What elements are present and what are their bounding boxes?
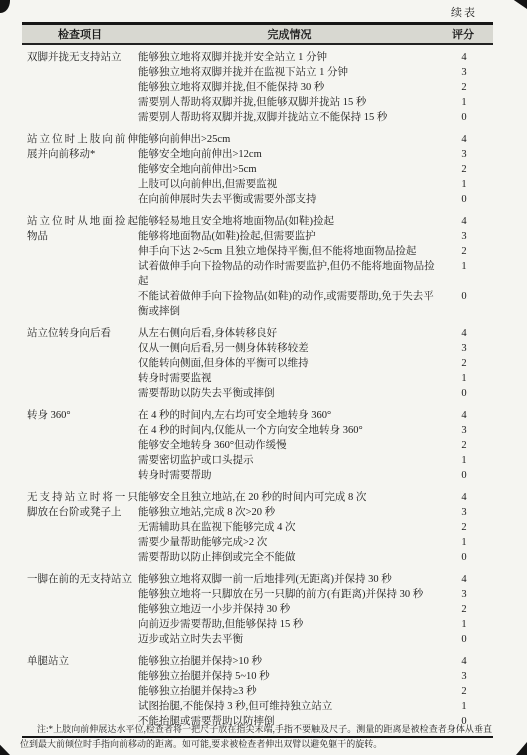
criterion-score: 4 — [449, 326, 479, 341]
criterion-row: 转身时需要帮助 0 — [138, 468, 493, 483]
item-rows: 在 4 秒的时间内,左右均可安全地转身 360° 4 在 4 秒的时间内,仅能从… — [138, 408, 493, 483]
criterion-description: 需要帮助以防失去平衡或摔倒 — [138, 386, 449, 401]
criterion-row: 能够安全地向前伸出>5cm 2 — [138, 162, 493, 177]
criterion-score: 0 — [449, 632, 479, 647]
criterion-description: 在向前伸展时失去平衡或需要外部支持 — [138, 192, 449, 207]
criterion-description: 向前迈步需要帮助,但能够保持 15 秒 — [138, 617, 449, 632]
item-name-line: 单腿站立 — [27, 654, 138, 669]
criterion-row: 转身时需要监视 1 — [138, 371, 493, 386]
balance-assessment-table: 检查项目 完成情况 评分 双脚并拢无支持站立 能够独立地将双脚并拢并安全站立 1… — [22, 22, 493, 738]
criterion-description: 伸手向下达 2~5cm 且独立地保持平衡,但不能将地面物品捡起 — [138, 244, 449, 259]
criterion-description: 需要帮助以防止摔倒或完全不能做 — [138, 550, 449, 565]
criterion-score: 3 — [449, 423, 479, 438]
criterion-row: 上肢可以向前伸出,但需要监视 1 — [138, 177, 493, 192]
criterion-score: 0 — [449, 550, 479, 565]
item-name-line: 站立位时从地面捡起 — [27, 214, 138, 229]
criterion-description: 需要别人帮助将双脚并拢,但能够双脚并拢站 15 秒 — [138, 95, 449, 110]
criterion-description: 需要密切监护或口头提示 — [138, 453, 449, 468]
scan-corner-mark-bottom-left — [0, 743, 10, 755]
criterion-row: 能够独立地将双脚一前一后地排列(无距离)并保持 30 秒 4 — [138, 572, 493, 587]
item-name: 双脚并拢无支持站立 — [22, 50, 138, 125]
criterion-description: 能够独立地将双脚并拢,但不能保持 30 秒 — [138, 80, 449, 95]
item-rows: 能够向前伸出>25cm 4 能够安全地向前伸出>12cm 3 能够安全地向前伸出… — [138, 132, 493, 207]
criterion-row: 能够将地面物品(如鞋)捡起,但需要监护 3 — [138, 229, 493, 244]
criterion-score: 0 — [449, 386, 479, 401]
criterion-row: 能够安全地转身 360°但动作缓慢 2 — [138, 438, 493, 453]
criterion-row: 在 4 秒的时间内,仅能从一个方向安全地转身 360° 3 — [138, 423, 493, 438]
criterion-description: 不能试着做伸手向下捡物品(如鞋)的动作,或需要帮助,免于失去平衡或摔倒 — [138, 289, 449, 319]
criterion-description: 试图抬腿,不能保持 3 秒,但可维持独立站立 — [138, 699, 449, 714]
assessment-item-group: 单腿站立 能够独立抬腿并保持>10 秒 4 能够独立抬腿并保持 5~10 秒 3… — [22, 654, 493, 729]
criterion-score: 4 — [449, 490, 479, 505]
criterion-row: 伸手向下达 2~5cm 且独立地保持平衡,但不能将地面物品捡起 2 — [138, 244, 493, 259]
criterion-score: 3 — [449, 65, 479, 80]
criterion-row: 能够独立地将双脚并拢并安全站立 1 分钟 4 — [138, 50, 493, 65]
criterion-row: 需要帮助以防止摔倒或完全不能做 0 — [138, 550, 493, 565]
criterion-row: 能够独立地将双脚并拢并在监视下站立 1 分钟 3 — [138, 65, 493, 80]
criterion-score: 4 — [449, 408, 479, 423]
criterion-score: 2 — [449, 438, 479, 453]
item-name: 单腿站立 — [22, 654, 138, 729]
criterion-description: 在 4 秒的时间内,仅能从一个方向安全地转身 360° — [138, 423, 449, 438]
criterion-description: 转身时需要帮助 — [138, 468, 449, 483]
assessment-item-group: 站立位时从地面捡起物品 能够轻易地且安全地将地面物品(如鞋)捡起 4 能够将地面… — [22, 214, 493, 319]
criterion-score: 2 — [449, 684, 479, 699]
criterion-score: 1 — [449, 95, 479, 110]
criterion-row: 能够安全地向前伸出>12cm 3 — [138, 147, 493, 162]
criterion-row: 需要别人帮助将双脚并拢,双脚并拢站立不能保持 15 秒 0 — [138, 110, 493, 125]
header-score-column: 评分 — [441, 26, 485, 42]
criterion-description: 能够独立抬腿并保持≥3 秒 — [138, 684, 449, 699]
criterion-description: 能够安全地向前伸出>5cm — [138, 162, 449, 177]
criterion-description: 能够独立抬腿并保持 5~10 秒 — [138, 669, 449, 684]
criterion-score: 1 — [449, 371, 479, 386]
item-rows: 能够轻易地且安全地将地面物品(如鞋)捡起 4 能够将地面物品(如鞋)捡起,但需要… — [138, 214, 493, 319]
item-rows: 能够独立抬腿并保持>10 秒 4 能够独立抬腿并保持 5~10 秒 3 能够独立… — [138, 654, 493, 729]
criterion-score: 1 — [449, 453, 479, 468]
assessment-item-group: 一脚在前的无支持站立 能够独立地将双脚一前一后地排列(无距离)并保持 30 秒 … — [22, 572, 493, 647]
criterion-row: 能够向前伸出>25cm 4 — [138, 132, 493, 147]
criterion-row: 在 4 秒的时间内,左右均可安全地转身 360° 4 — [138, 408, 493, 423]
criterion-description: 能够安全地转身 360°但动作缓慢 — [138, 438, 449, 453]
criterion-description: 上肢可以向前伸出,但需要监视 — [138, 177, 449, 192]
criterion-score: 1 — [449, 617, 479, 632]
criterion-score: 2 — [449, 356, 479, 371]
criterion-score: 2 — [449, 244, 479, 259]
item-name: 站立位转身向后看 — [22, 326, 138, 401]
criterion-row: 能够安全且独立地站,在 20 秒的时间内可完成 8 次 4 — [138, 490, 493, 505]
item-name-line: 双脚并拢无支持站立 — [27, 50, 138, 65]
item-name: 站立位时上肢向前伸展并向前移动* — [22, 132, 138, 207]
criterion-description: 从左右侧向后看,身体转移良好 — [138, 326, 449, 341]
criterion-score: 3 — [449, 669, 479, 684]
criterion-row: 需要密切监护或口头提示 1 — [138, 453, 493, 468]
criterion-score: 2 — [449, 602, 479, 617]
item-name-line: 脚放在台阶或凳子上 — [27, 505, 138, 520]
table-body: 双脚并拢无支持站立 能够独立地将双脚并拢并安全站立 1 分钟 4 能够独立地将双… — [22, 45, 493, 738]
criterion-description: 能够安全且独立地站,在 20 秒的时间内可完成 8 次 — [138, 490, 449, 505]
header-completion-column: 完成情况 — [138, 26, 441, 42]
criterion-score: 4 — [449, 572, 479, 587]
assessment-item-group: 双脚并拢无支持站立 能够独立地将双脚并拢并安全站立 1 分钟 4 能够独立地将双… — [22, 50, 493, 125]
scan-corner-mark-top-right — [512, 0, 527, 9]
criterion-description: 能够安全地向前伸出>12cm — [138, 147, 449, 162]
item-name: 无支持站立时将一只脚放在台阶或凳子上 — [22, 490, 138, 565]
criterion-description: 转身时需要监视 — [138, 371, 449, 386]
scan-corner-mark-top-left — [0, 0, 10, 13]
criterion-score: 1 — [449, 259, 479, 274]
footnote: 注:*上肢向前伸展达水平位,检查者将一把尺子放在指尖末端,手指不要触及尺子。测量… — [20, 722, 492, 752]
table-header-row: 检查项目 完成情况 评分 — [22, 25, 493, 45]
criterion-description: 需要别人帮助将双脚并拢,双脚并拢站立不能保持 15 秒 — [138, 110, 449, 125]
criterion-row: 不能试着做伸手向下捡物品(如鞋)的动作,或需要帮助,免于失去平衡或摔倒 0 — [138, 289, 493, 319]
criterion-score: 0 — [449, 192, 479, 207]
criterion-description: 能够独立地将双脚并拢并安全站立 1 分钟 — [138, 50, 449, 65]
header-item-column: 检查项目 — [22, 26, 138, 42]
item-rows: 能够独立地将双脚一前一后地排列(无距离)并保持 30 秒 4 能够独立地将一只脚… — [138, 572, 493, 647]
criterion-description: 能够独立抬腿并保持>10 秒 — [138, 654, 449, 669]
criterion-row: 需要少量帮助能够完成>2 次 1 — [138, 535, 493, 550]
item-name-line: 物品 — [27, 229, 138, 244]
criterion-row: 能够独立抬腿并保持 5~10 秒 3 — [138, 669, 493, 684]
criterion-score: 0 — [449, 110, 479, 125]
criterion-score: 1 — [449, 177, 479, 192]
assessment-item-group: 无支持站立时将一只脚放在台阶或凳子上 能够安全且独立地站,在 20 秒的时间内可… — [22, 490, 493, 565]
item-rows: 能够独立地将双脚并拢并安全站立 1 分钟 4 能够独立地将双脚并拢并在监视下站立… — [138, 50, 493, 125]
criterion-score: 3 — [449, 341, 479, 356]
item-name-line: 展并向前移动* — [27, 147, 138, 162]
criterion-row: 能够独立地将一只脚放在另一只脚的前方(有距离)并保持 30 秒 3 — [138, 587, 493, 602]
item-name-line: 站立位时上肢向前伸 — [27, 132, 138, 147]
criterion-description: 能够轻易地且安全地将地面物品(如鞋)捡起 — [138, 214, 449, 229]
criterion-row: 无需辅助具在监视下能够完成 4 次 2 — [138, 520, 493, 535]
criterion-description: 无需辅助具在监视下能够完成 4 次 — [138, 520, 449, 535]
criterion-row: 向前迈步需要帮助,但能够保持 15 秒 1 — [138, 617, 493, 632]
item-name-line: 一脚在前的无支持站立 — [27, 572, 138, 587]
criterion-score: 3 — [449, 587, 479, 602]
item-name-line: 无支持站立时将一只 — [27, 490, 138, 505]
criterion-description: 能够将地面物品(如鞋)捡起,但需要监护 — [138, 229, 449, 244]
criterion-row: 需要帮助以防失去平衡或摔倒 0 — [138, 386, 493, 401]
criterion-score: 3 — [449, 229, 479, 244]
item-name: 一脚在前的无支持站立 — [22, 572, 138, 647]
criterion-score: 4 — [449, 132, 479, 147]
criterion-score: 2 — [449, 162, 479, 177]
criterion-row: 仅能转向侧面,但身体的平衡可以维持 2 — [138, 356, 493, 371]
criterion-row: 能够独立地迈一小步并保持 30 秒 2 — [138, 602, 493, 617]
criterion-score: 1 — [449, 535, 479, 550]
criterion-score: 4 — [449, 50, 479, 65]
criterion-row: 试着做伸手向下捡物品的动作时需要监护,但仍不能将地面物品捡起 1 — [138, 259, 493, 289]
criterion-score: 0 — [449, 289, 479, 304]
criterion-row: 从左右侧向后看,身体转移良好 4 — [138, 326, 493, 341]
continued-table-label: 续表 — [451, 4, 477, 20]
criterion-description: 能够向前伸出>25cm — [138, 132, 449, 147]
criterion-description: 能够独立地将双脚并拢并在监视下站立 1 分钟 — [138, 65, 449, 80]
assessment-item-group: 转身 360° 在 4 秒的时间内,左右均可安全地转身 360° 4 在 4 秒… — [22, 408, 493, 483]
criterion-score: 2 — [449, 520, 479, 535]
assessment-item-group: 站立位转身向后看 从左右侧向后看,身体转移良好 4 仅从一侧向后看,另一侧身体转… — [22, 326, 493, 401]
item-rows: 能够安全且独立地站,在 20 秒的时间内可完成 8 次 4 能够独立地站,完成 … — [138, 490, 493, 565]
criterion-row: 需要别人帮助将双脚并拢,但能够双脚并拢站 15 秒 1 — [138, 95, 493, 110]
item-rows: 从左右侧向后看,身体转移良好 4 仅从一侧向后看,另一侧身体转移较差 3 仅能转… — [138, 326, 493, 401]
criterion-score: 4 — [449, 654, 479, 669]
criterion-score: 3 — [449, 147, 479, 162]
criterion-score: 4 — [449, 214, 479, 229]
criterion-row: 能够独立抬腿并保持≥3 秒 2 — [138, 684, 493, 699]
criterion-row: 仅从一侧向后看,另一侧身体转移较差 3 — [138, 341, 493, 356]
criterion-description: 能够独立地将双脚一前一后地排列(无距离)并保持 30 秒 — [138, 572, 449, 587]
criterion-row: 能够独立抬腿并保持>10 秒 4 — [138, 654, 493, 669]
criterion-row: 在向前伸展时失去平衡或需要外部支持 0 — [138, 192, 493, 207]
item-name-line: 站立位转身向后看 — [27, 326, 138, 341]
criterion-row: 试图抬腿,不能保持 3 秒,但可维持独立站立 1 — [138, 699, 493, 714]
item-name-line: 转身 360° — [27, 408, 138, 423]
criterion-description: 仅从一侧向后看,另一侧身体转移较差 — [138, 341, 449, 356]
criterion-row: 能够独立地将双脚并拢,但不能保持 30 秒 2 — [138, 80, 493, 95]
criterion-description: 仅能转向侧面,但身体的平衡可以维持 — [138, 356, 449, 371]
assessment-item-group: 站立位时上肢向前伸展并向前移动* 能够向前伸出>25cm 4 能够安全地向前伸出… — [22, 132, 493, 207]
criterion-description: 在 4 秒的时间内,左右均可安全地转身 360° — [138, 408, 449, 423]
item-name: 站立位时从地面捡起物品 — [22, 214, 138, 319]
criterion-score: 0 — [449, 468, 479, 483]
criterion-row: 迈步或站立时失去平衡 0 — [138, 632, 493, 647]
criterion-row: 能够轻易地且安全地将地面物品(如鞋)捡起 4 — [138, 214, 493, 229]
criterion-description: 能够独立地站,完成 8 次>20 秒 — [138, 505, 449, 520]
criterion-score: 3 — [449, 505, 479, 520]
criterion-score: 1 — [449, 699, 479, 714]
criterion-description: 试着做伸手向下捡物品的动作时需要监护,但仍不能将地面物品捡起 — [138, 259, 449, 289]
item-name: 转身 360° — [22, 408, 138, 483]
criterion-score: 2 — [449, 80, 479, 95]
criterion-description: 能够独立地迈一小步并保持 30 秒 — [138, 602, 449, 617]
criterion-description: 需要少量帮助能够完成>2 次 — [138, 535, 449, 550]
criterion-row: 能够独立地站,完成 8 次>20 秒 3 — [138, 505, 493, 520]
criterion-description: 迈步或站立时失去平衡 — [138, 632, 449, 647]
scan-corner-mark-bottom-right — [516, 742, 527, 755]
criterion-description: 能够独立地将一只脚放在另一只脚的前方(有距离)并保持 30 秒 — [138, 587, 449, 602]
